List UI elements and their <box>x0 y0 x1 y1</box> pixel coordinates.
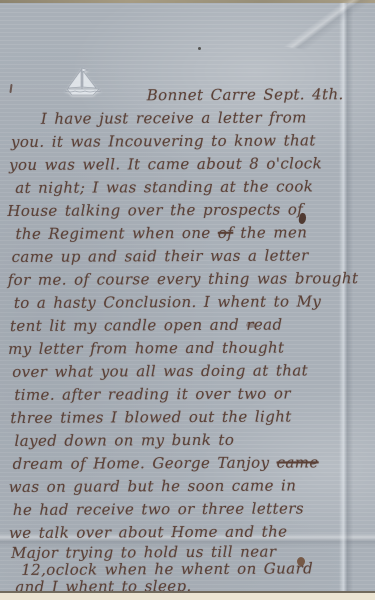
struck-word: came <box>277 453 319 471</box>
letter-line: I have just receive a letter from <box>5 106 372 131</box>
mount-strip <box>0 591 375 600</box>
letter-body: Bonnet Carre Sept. 4th. I have just rece… <box>5 83 375 596</box>
letter-line: three times I blowed out the light <box>6 405 373 430</box>
letter-line: time. after reading it over two or <box>6 382 373 407</box>
letter-line: to a hasty Conclusion. I whent to My <box>6 290 373 315</box>
letter-line: came up and said their was a letter <box>6 244 373 269</box>
letter-text: the Regiment when one <box>15 224 217 243</box>
letter-line: layed down on my bunk to <box>6 428 373 453</box>
letter-line: was on guard but he soon came in <box>7 474 374 499</box>
letter-line: over what you all was doing at that <box>6 359 373 384</box>
letter-line: House talking over the prospects of <box>5 198 372 223</box>
letter-line: you. it was Incouvering to know that <box>5 129 372 154</box>
letter-line: for me. of course every thing was brough… <box>6 267 373 292</box>
letter-line: you was well. It came about 8 o'clock <box>5 152 372 177</box>
paper-speck <box>198 47 201 50</box>
struck-word: of <box>218 224 233 242</box>
paper-stain <box>246 322 256 328</box>
letter-line: dream of Home. George Tanjoy came <box>7 451 374 476</box>
letter-text: dream of Home. George Tanjoy <box>13 454 277 473</box>
letter-dateline: Bonnet Carre Sept. 4th. <box>5 83 372 108</box>
letter-text: the men <box>233 223 307 241</box>
letter-scan: Bonnet Carre Sept. 4th. I have just rece… <box>0 0 375 600</box>
paper-stain <box>297 557 305 566</box>
letter-line: the Regiment when one of the men <box>5 221 372 246</box>
letter-line: my letter from home and thought <box>6 336 373 361</box>
letter-line: he had receive two or three letters <box>7 497 374 522</box>
letter-line: we talk over about Home and the <box>7 520 374 545</box>
letter-line: at night; I was standing at the cook <box>5 175 372 200</box>
letter-line: tent lit my candle open and read <box>6 313 373 338</box>
